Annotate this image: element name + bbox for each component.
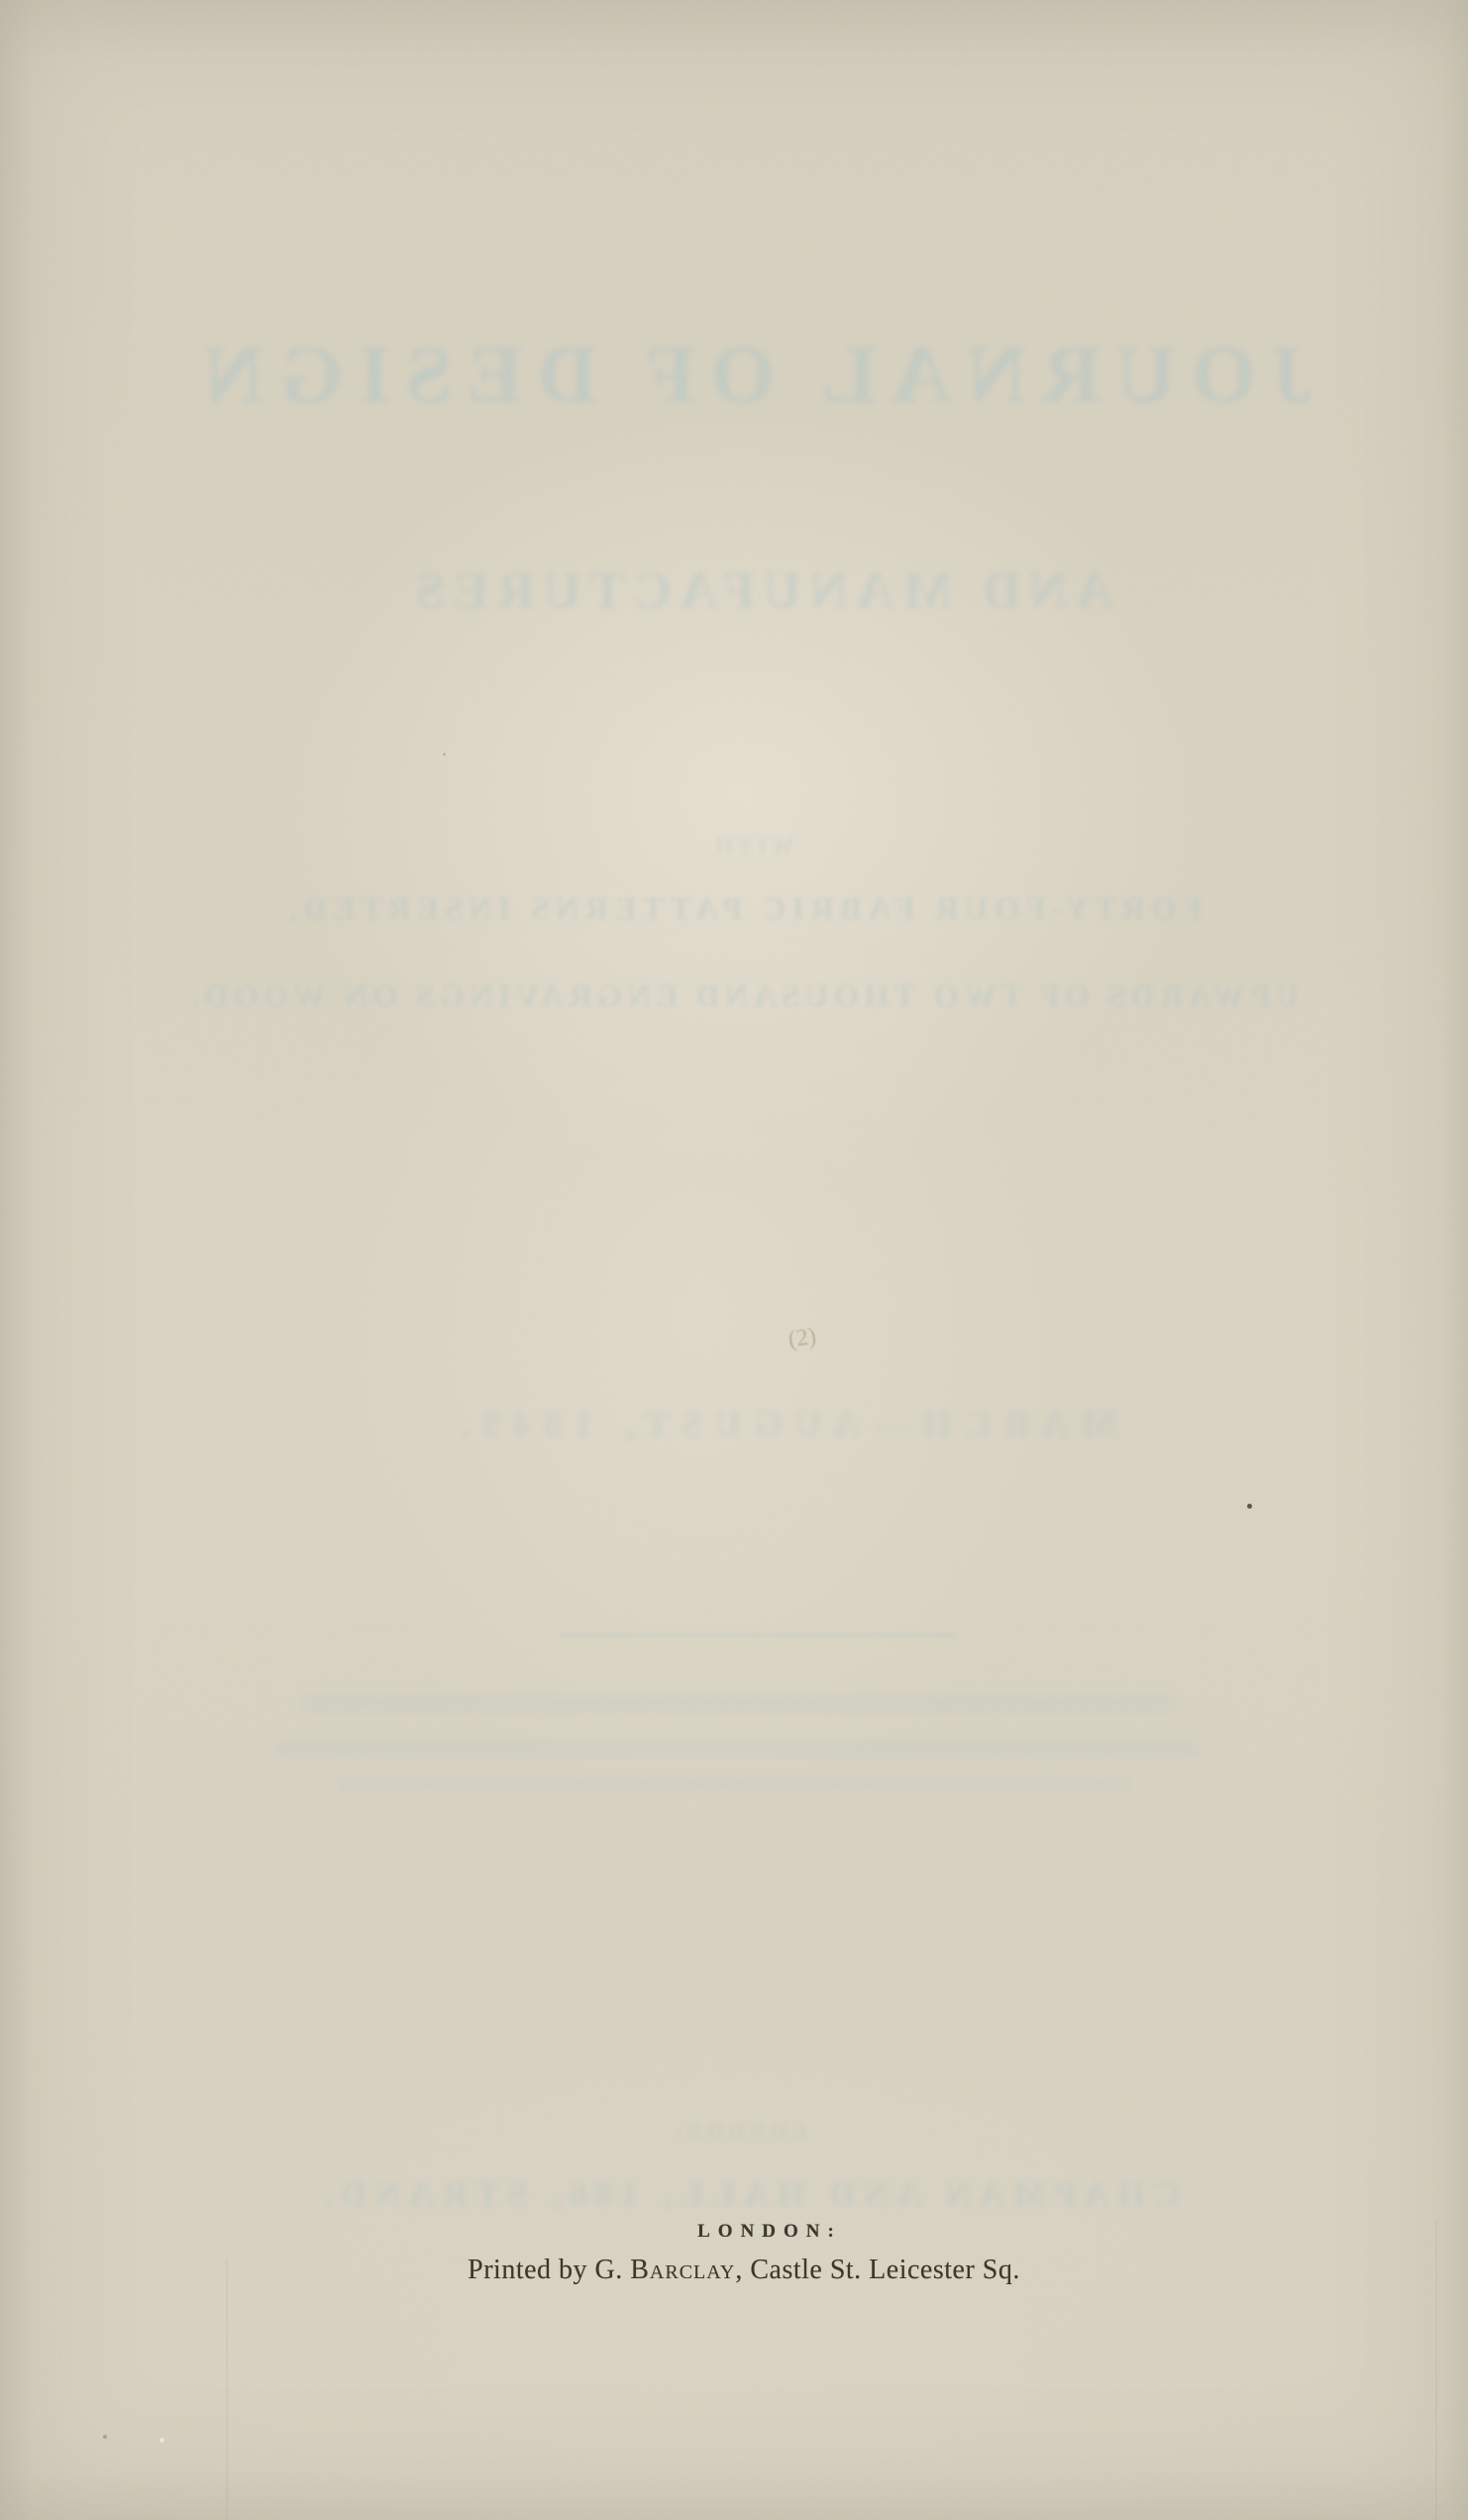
pencil-mark: (2) [786, 1323, 817, 1354]
paper-speck [1247, 1504, 1252, 1509]
paper-crease [226, 2258, 228, 2520]
paper-speck [159, 2438, 164, 2443]
ghost-text-line: MARCH—AUGUST, 1849. [449, 1403, 1116, 1446]
paper-speck [443, 753, 446, 756]
show-through-layer: JOURNAL OF DESIGNAND MANUFACTURESWITHFOR… [0, 0, 1468, 2520]
ghost-text-line: UPWARDS OF TWO THOUSAND ENGRAVINGS ON WO… [186, 979, 1300, 1015]
imprint-printer-text-before: Printed by G. [468, 2255, 630, 2285]
ghost-text-line: CHAPMAN AND HALL, 186, STRAND. [316, 2173, 1179, 2215]
ghost-illegible-smudge [277, 1741, 1199, 1756]
imprint-city-line: LONDON: [697, 2221, 842, 2243]
paper-speck [103, 2435, 107, 2439]
scanned-book-page: JOURNAL OF DESIGNAND MANUFACTURESWITHFOR… [0, 0, 1468, 2520]
imprint-printer-text-after: , Castle St. Leicester Sq. [735, 2255, 1020, 2285]
imprint-printer-name: Barclay [630, 2255, 735, 2285]
ghost-text-line: AND MANUFACTURES [407, 560, 1113, 621]
paper-crease [1435, 2219, 1437, 2520]
imprint-printer-line: Printed by G. Barclay, Castle St. Leices… [468, 2255, 1020, 2286]
ghost-illegible-smudge [302, 1696, 1174, 1711]
ghost-text-line: FORTY-FOUR FABRIC PATTERNS INSERTED, [283, 892, 1203, 928]
ghost-text-line: LONDON: [670, 2118, 807, 2144]
ghost-text-line: WITH [711, 834, 794, 861]
ghost-illegible-smudge [339, 1777, 1131, 1791]
ghost-text-line: JOURNAL OF DESIGN [189, 327, 1312, 423]
ghost-illegible-smudge [560, 1633, 956, 1636]
